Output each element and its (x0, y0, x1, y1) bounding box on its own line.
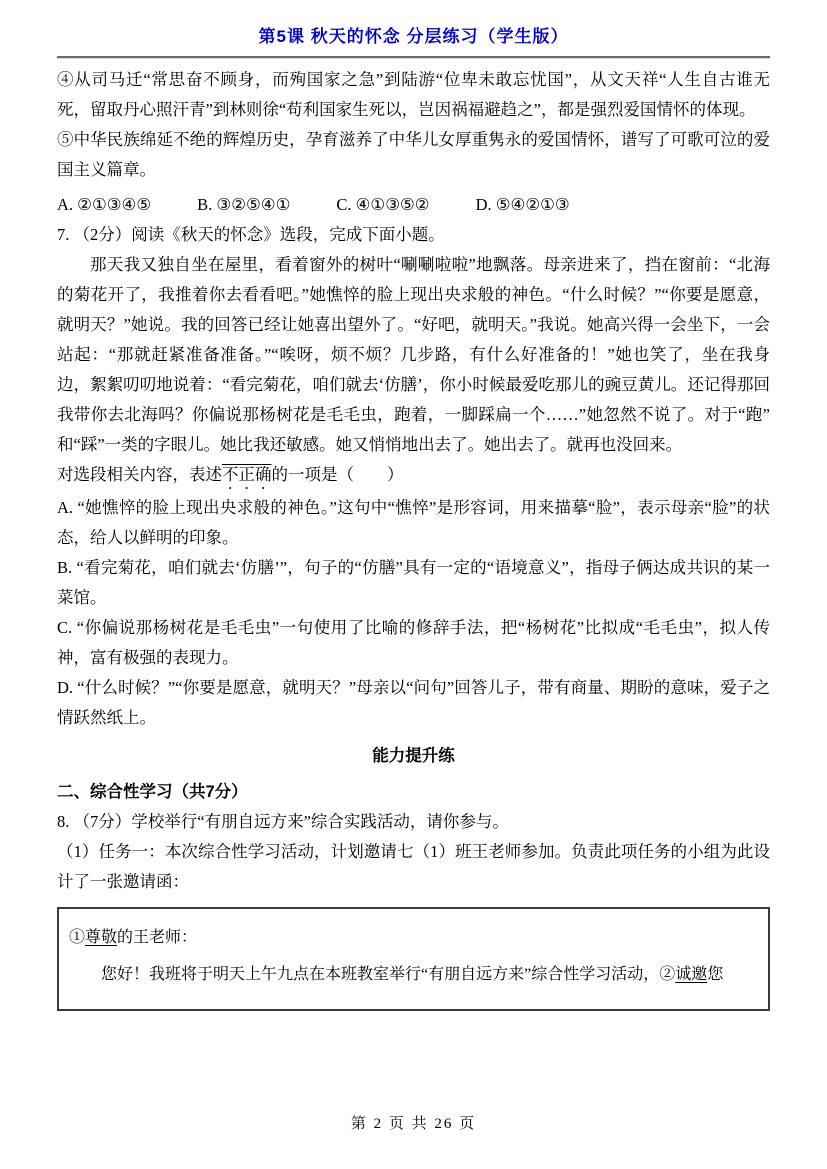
invitation-salutation: ①尊敬的王老师： (69, 919, 754, 956)
q7-passage: 那天我又独自坐在屋里，看着窗外的树叶“唰唰啦啦”地飘落。母亲进来了，挡在窗前：“… (57, 250, 770, 460)
q6-option-a: A. ②①③④⑤ (57, 190, 151, 220)
header-rule (57, 56, 770, 59)
section-subheading: 二、综合性学习（共7分） (57, 777, 770, 807)
invitation-box: ①尊敬的王老师： 您好！我班将于明天上午九点在本班教室举行“有朋自远方来”综合性… (57, 907, 770, 1011)
page-title: 第5课 秋天的怀念 分层练习（学生版） (57, 22, 770, 47)
q6-options-row: A. ②①③④⑤ B. ③②⑤④① C. ④①③⑤② D. ⑤④②①③ (57, 190, 770, 220)
invitation-note1-number: ① (69, 929, 85, 946)
section-heading: 能力提升练 (57, 741, 770, 771)
q6-paragraph-circle5: ⑤中华民族绵延不绝的辉煌历史，孕育滋养了中华儿女厚重隽永的爱国情怀，谱写了可歌可… (57, 125, 770, 185)
invitation-body: 您好！我班将于明天上午九点在本班教室举行“有朋自远方来”综合性学习活动，②诚邀您 (69, 956, 754, 993)
q6-option-d: D. ⑤④②①③ (476, 190, 570, 220)
q7-substem: 对选段相关内容，表述不正确的一项是（ ） (57, 460, 770, 493)
invitation-body-text: 您好！我班将于明天上午九点在本班教室举行“有朋自远方来”综合性学习活动， (101, 966, 659, 983)
q7-option-b: B. “看完菊花，咱们就去‘仿膳’”，句子的“仿膳”具有一定的“语境意义”，指母… (57, 553, 770, 613)
q7-substem-emphasis: 不正确 (222, 465, 272, 484)
document-page: 第5课 秋天的怀念 分层练习（学生版） ④从司马迁“常思奋不顾身，而殉国家之急”… (0, 0, 827, 1011)
invitation-salutation-underlined: 尊敬 (85, 929, 117, 946)
q6-option-c: C. ④①③⑤② (336, 190, 429, 220)
q8-stem: 8. （7分）学校举行“有朋自远方来”综合实践活动，请你参与。 (57, 807, 770, 837)
q6-option-b: B. ③②⑤④① (197, 190, 290, 220)
invitation-note2-number: ② (659, 966, 675, 983)
q6-paragraph-circle4: ④从司马迁“常思奋不顾身，而殉国家之急”到陆游“位卑未敢忘忧国”，从文天祥“人生… (57, 65, 770, 125)
invitation-body-rest: 您 (707, 966, 723, 983)
q7-stem: 7. （2分）阅读《秋天的怀念》选段，完成下面小题。 (57, 220, 770, 250)
q7-option-c: C. “你偏说那杨树花是毛毛虫”一句使用了比喻的修辞手法，把“杨树花”比拟成“毛… (57, 613, 770, 673)
q7-option-d: D. “什么时候？”“你要是愿意，就明天？”母亲以“问句”回答儿子，带有商量、期… (57, 673, 770, 733)
q7-substem-suffix: 的一项是（ ） (272, 465, 404, 484)
q8-task1: （1）任务一：本次综合性学习活动，计划邀请七（1）班王老师参加。负责此项任务的小… (57, 837, 770, 897)
q7-substem-prefix: 对选段相关内容，表述 (57, 465, 222, 484)
invitation-salutation-rest: 的王老师： (117, 929, 197, 946)
q7-option-a: A. “她憔悴的脸上现出央求般的神色。”这句中“憔悴”是形容词，用来描摹“脸”，… (57, 493, 770, 553)
invitation-body-underlined: 诚邀 (675, 966, 707, 983)
page-footer: 第 2 页 共 26 页 (0, 1112, 827, 1133)
